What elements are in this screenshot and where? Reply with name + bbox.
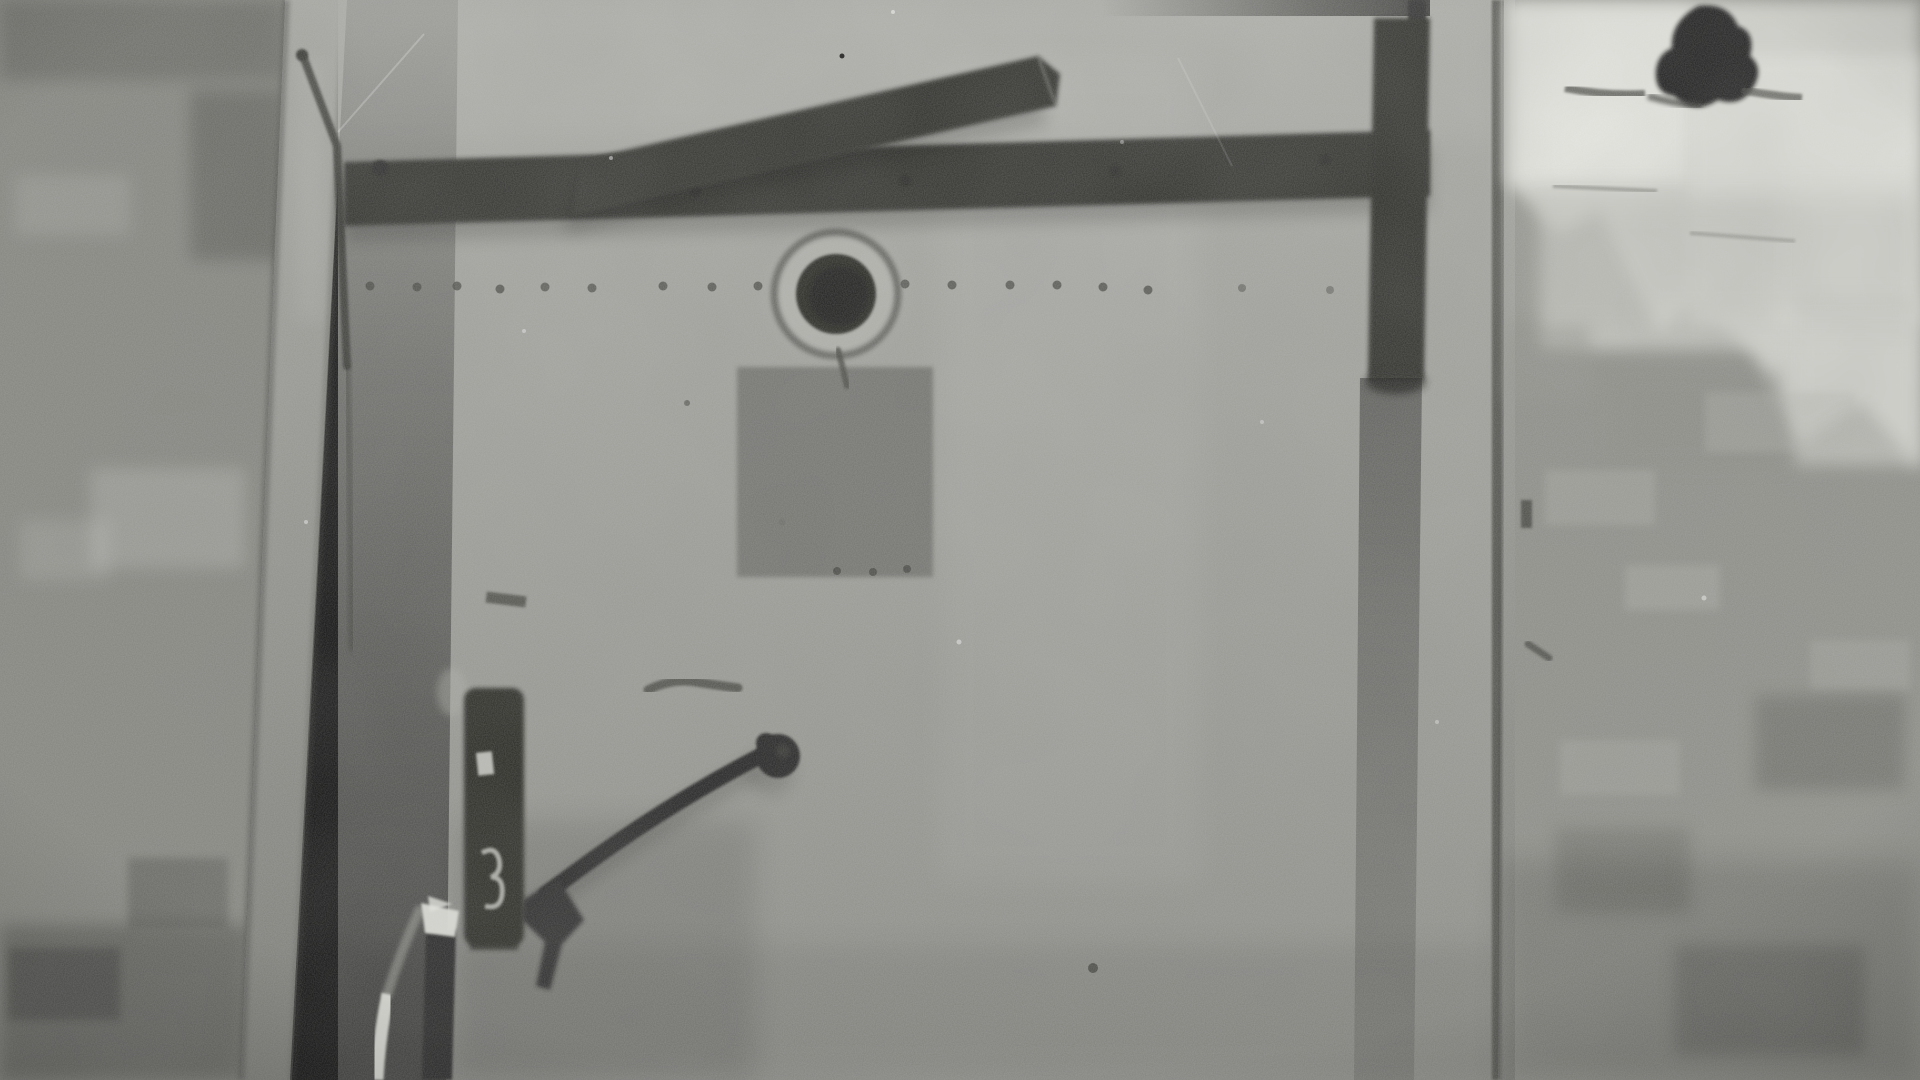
photo-svg: [0, 0, 1920, 1080]
dust-speck: [522, 329, 526, 333]
film-artifacts: [0, 0, 1920, 1080]
vignette: [0, 0, 1920, 1080]
screenshot-root: [0, 0, 1920, 1080]
dust-speck: [1120, 140, 1124, 144]
dust-speck: [1260, 420, 1264, 424]
dust-speck: [1702, 596, 1707, 601]
photograph-old-door: [0, 0, 1920, 1080]
dust-speck: [957, 640, 962, 645]
dust-speck: [304, 520, 308, 524]
dust-speck: [840, 54, 845, 59]
dust-speck: [1435, 720, 1439, 724]
dust-speck: [891, 10, 895, 14]
dust-speck: [609, 156, 613, 160]
